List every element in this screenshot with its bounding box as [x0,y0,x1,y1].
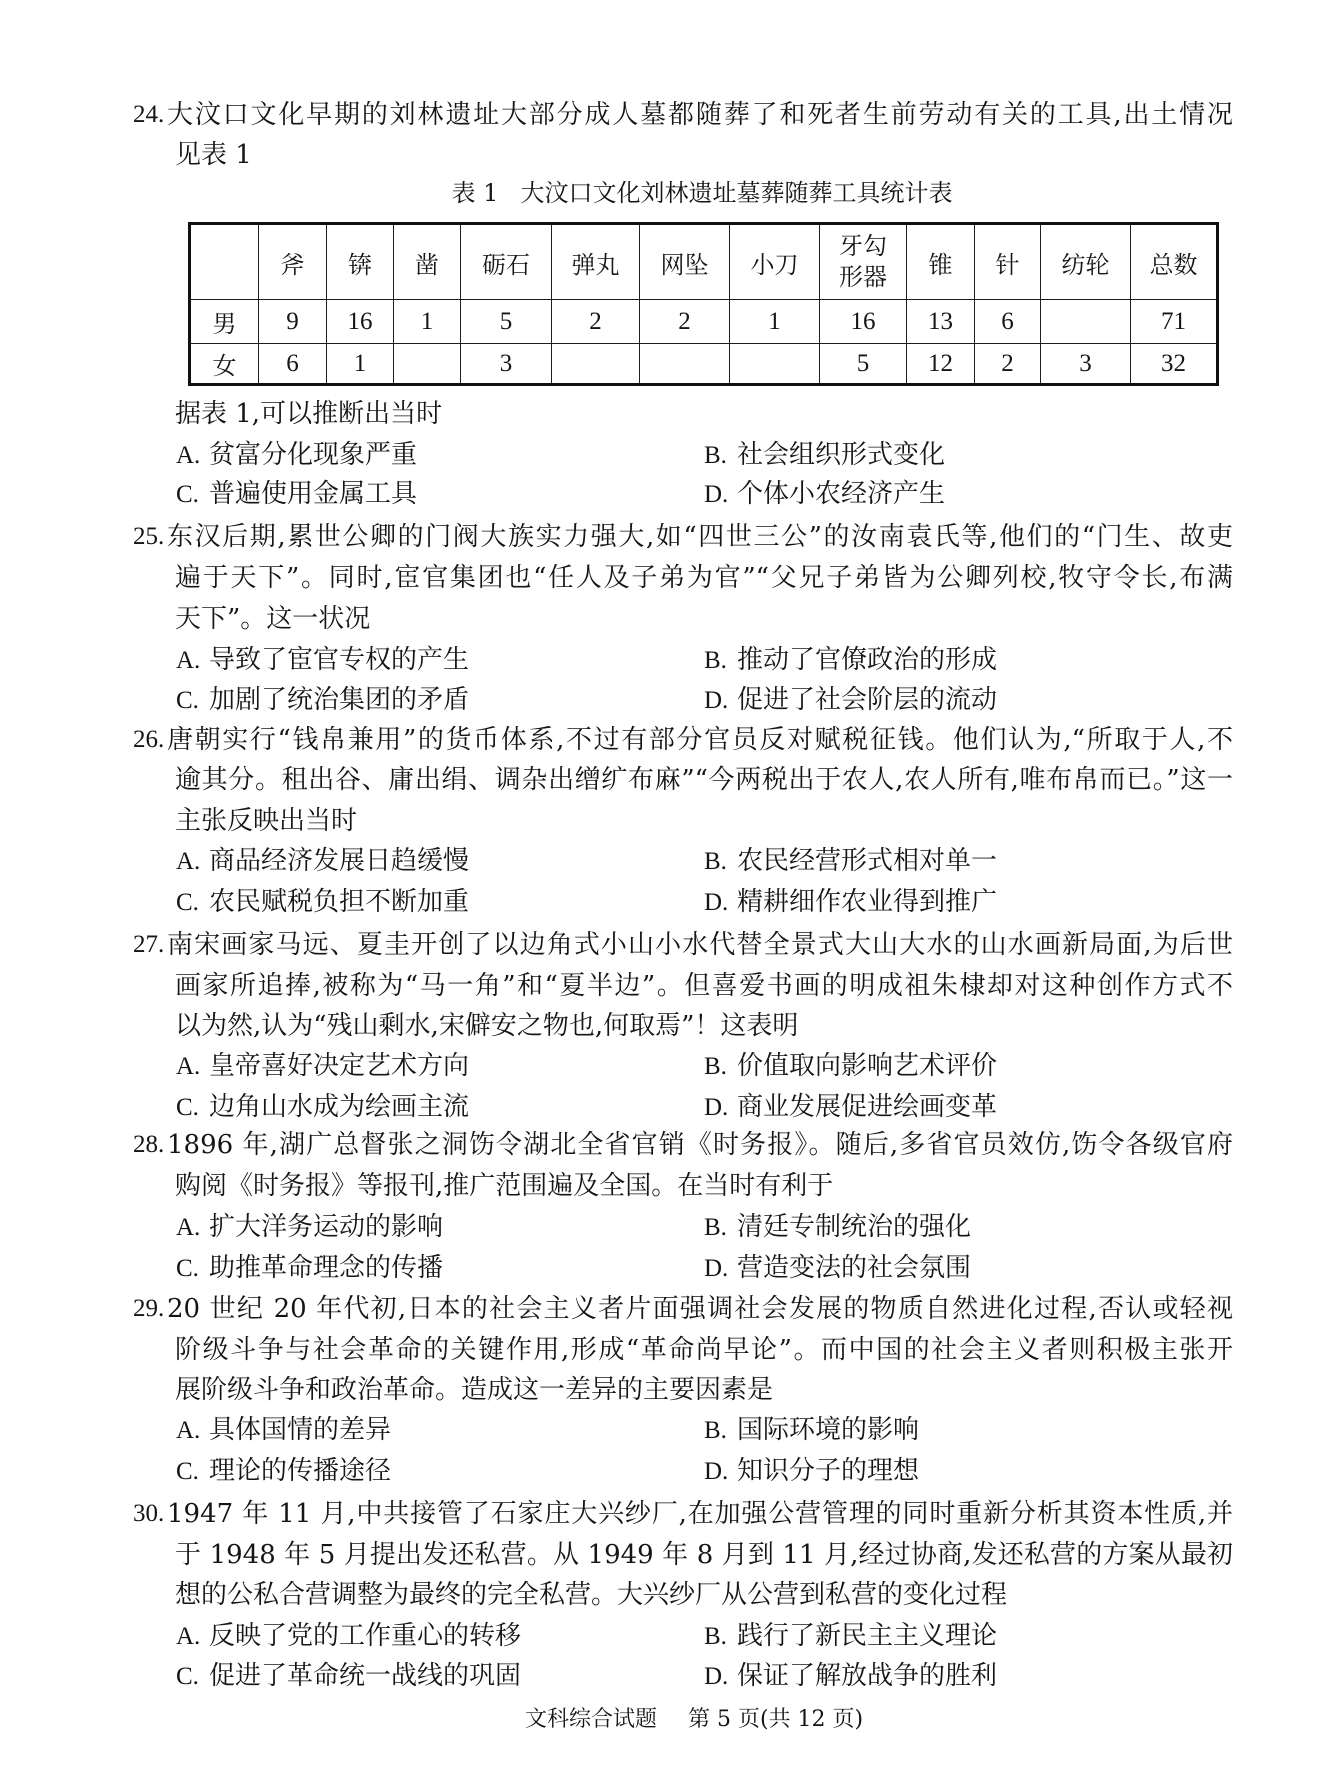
option-label: A. [176,436,209,476]
option-label: C. [176,1657,209,1697]
table-cell [730,344,820,385]
question-25-option-c: C.加剧了统治集团的矛盾 [176,680,469,720]
table-cell: 1 [394,300,461,344]
question-29-option-d: D.知识分子的理想 [704,1451,919,1491]
option-label: D. [704,475,737,515]
table-cell: 5 [461,300,552,344]
table-cell: 2 [640,300,730,344]
option-label: C. [176,1088,209,1128]
question-27-line-1: 27. 南宋画家马远、夏圭开创了以边角式小山小水代替全景式大山大水的山水画新局面… [133,925,1233,965]
question-30-option-a: A.反映了党的工作重心的转移 [176,1616,521,1656]
table-caption-title: 大汶口文化刘林遗址墓葬随葬工具统计表 [520,179,952,207]
option-text: 知识分子的理想 [737,1456,919,1486]
option-text: 国际环境的影响 [737,1415,919,1445]
table-header-cell: 斧 [259,224,327,300]
option-label: D. [704,1452,737,1492]
option-label: A. [176,842,209,882]
table-caption-label: 表 1 [452,179,499,207]
option-text: 加剧了统治集团的矛盾 [209,685,469,715]
option-text: 商品经济发展日趋缓慢 [209,846,469,876]
option-text: 推动了官僚政治的形成 [737,645,997,675]
question-25-option-b: B.推动了官僚政治的形成 [704,640,997,680]
question-28-option-d: D.营造变法的社会氛围 [704,1248,971,1288]
option-label: D. [704,1249,737,1289]
option-text: 营造变法的社会氛围 [737,1253,971,1283]
option-text: 理论的传播途径 [209,1456,391,1486]
question-24-option-c: C.普遍使用金属工具 [176,474,417,514]
question-29-option-b: B.国际环境的影响 [704,1410,919,1450]
option-label: B. [704,1208,737,1248]
option-text: 清廷专制统治的强化 [737,1212,971,1242]
option-label: B. [704,436,737,476]
question-24-line-1: 24. 大汶口文化早期的刘林遗址大部分成人墓都随葬了和死者生前劳动有关的工具,出… [133,95,1233,135]
option-text: 精耕细作农业得到推广 [737,887,997,917]
question-24-option-d: D.个体小农经济产生 [704,474,945,514]
question-24-prompt: 据表 1,可以推断出当时 [175,394,1233,434]
question-28-option-a: A.扩大洋务运动的影响 [176,1207,443,1247]
option-label: A. [176,1047,209,1087]
option-text: 促进了革命统一战线的巩固 [209,1661,521,1691]
question-25-line-1: 25. 东汉后期,累世公卿的门阀大族实力强大,如“四世三公”的汝南袁氏等,他们的… [133,517,1233,557]
table-header-cell: 纺轮 [1041,224,1131,300]
option-label: C. [176,475,209,515]
option-text: 边角山水成为绘画主流 [209,1092,469,1122]
table-header-cell: 锛 [327,224,394,300]
table-header-cell: 锥 [907,224,975,300]
option-text: 反映了党的工作重心的转移 [209,1621,521,1651]
table-cell: 1 [327,344,394,385]
question-24-line-2: 见表 1 [175,135,1233,175]
question-25-option-d: D.促进了社会阶层的流动 [704,680,997,720]
question-26-line-3: 主张反映出当时 [175,801,1233,841]
option-text: 促进了社会阶层的流动 [737,685,997,715]
option-label: C. [176,1452,209,1492]
table-row-female: 女 6 1 3 5 12 2 3 32 [190,344,1218,385]
table-cell [552,344,640,385]
table-cell-total: 71 [1131,300,1218,344]
table-cell [1041,300,1131,344]
question-24-option-b: B.社会组织形式变化 [704,435,945,475]
option-text: 个体小农经济产生 [737,479,945,509]
table-cell: 1 [730,300,820,344]
question-29-line-3: 展阶级斗争和政治革命。造成这一差异的主要因素是 [175,1370,1233,1410]
table-cell: 3 [461,344,552,385]
option-text: 助推革命理念的传播 [209,1253,443,1283]
option-label: D. [704,1088,737,1128]
question-number: 24. [133,95,167,135]
option-label: D. [704,681,737,721]
table-cell-total: 32 [1131,344,1218,385]
question-number: 27. [133,925,167,965]
question-text: 唐朝实行“钱帛兼用”的货币体系,不过有部分官员反对赋税征钱。他们认为,“所取于人… [167,720,1233,760]
option-label: A. [176,641,209,681]
option-label: C. [176,681,209,721]
option-text: 普遍使用金属工具 [209,479,417,509]
question-27-line-3: 以为然,认为“残山剩水,宋僻安之物也,何取焉”！这表明 [175,1006,1233,1046]
question-28-option-b: B.清廷专制统治的强化 [704,1207,971,1247]
option-text: 导致了宦官专权的产生 [209,645,469,675]
question-text: 1947 年 11 月,中共接管了石家庄大兴纱厂,在加强公营管理的同时重新分析其… [167,1494,1233,1534]
question-number: 25. [133,517,167,557]
table-cell: 6 [259,344,327,385]
question-26-option-a: A.商品经济发展日趋缓慢 [176,841,469,881]
table-cell: 16 [327,300,394,344]
question-29-option-a: A.具体国情的差异 [176,1410,391,1450]
table-cell: 12 [907,344,975,385]
question-number: 26. [133,720,167,760]
table-cell: 13 [907,300,975,344]
question-25-option-a: A.导致了宦官专权的产生 [176,640,469,680]
question-29-line-2: 阶级斗争与社会革命的关键作用,形成“革命尚早论”。而中国的社会主义者则积极主张开 [175,1330,1233,1370]
question-text: 20 世纪 20 年代初,日本的社会主义者片面强调社会发展的物质自然进化过程,否… [167,1289,1233,1329]
question-28-option-c: C.助推革命理念的传播 [176,1248,443,1288]
question-27-option-c: C.边角山水成为绘画主流 [176,1087,469,1127]
table-cell [640,344,730,385]
table-cell: 3 [1041,344,1131,385]
table-header-cell: 总数 [1131,224,1218,300]
question-text: 东汉后期,累世公卿的门阀大族实力强大,如“四世三公”的汝南袁氏等,他们的“门生、… [167,517,1233,557]
option-text: 社会组织形式变化 [737,440,945,470]
option-text: 贫富分化现象严重 [209,440,417,470]
option-text: 践行了新民主主义理论 [737,1621,997,1651]
question-number: 29. [133,1289,167,1329]
question-26-line-2: 逾其分。租出谷、庸出绢、调杂出缯纩布麻”“今两税出于农人,农人所有,唯布帛而已。… [175,760,1233,800]
table-header-cell: 网坠 [640,224,730,300]
option-label: C. [176,1249,209,1289]
question-30-line-1: 30. 1947 年 11 月,中共接管了石家庄大兴纱厂,在加强公营管理的同时重… [133,1494,1233,1534]
option-label: C. [176,883,209,923]
table-row-male: 男 9 16 1 5 2 2 1 16 13 6 71 [190,300,1218,344]
question-28-line-2: 购阅《时务报》等报刊,推广范围遍及全国。在当时有利于 [175,1166,1233,1206]
option-label: D. [704,1657,737,1697]
question-29-line-1: 29. 20 世纪 20 年代初,日本的社会主义者片面强调社会发展的物质自然进化… [133,1289,1233,1329]
table-caption: 表 1大汶口文化刘林遗址墓葬随葬工具统计表 [188,176,1216,210]
table-cell [394,344,461,385]
table-header-cell: 砺石 [461,224,552,300]
option-text: 农民赋税负担不断加重 [209,887,469,917]
question-27-option-a: A.皇帝喜好决定艺术方向 [176,1046,469,1086]
option-text: 扩大洋务运动的影响 [209,1212,443,1242]
question-30-option-d: D.保证了解放战争的胜利 [704,1656,997,1696]
table-header-cell [190,224,259,300]
question-25-line-2: 遍于天下”。同时,宦官集团也“任人及子弟为官”“父兄子弟皆为公卿列校,牧守令长,… [175,558,1233,598]
question-text: 大汶口文化早期的刘林遗址大部分成人墓都随葬了和死者生前劳动有关的工具,出土情况 [167,95,1233,135]
question-text: 南宋画家马远、夏圭开创了以边角式小山小水代替全景式大山大水的山水画新局面,为后世 [167,925,1233,965]
question-30-option-c: C.促进了革命统一战线的巩固 [176,1656,521,1696]
question-29-option-c: C.理论的传播途径 [176,1451,391,1491]
table-header-cell: 针 [975,224,1041,300]
footer-page-number: 第 5 页(共 12 页) [688,1703,863,1737]
question-number: 30. [133,1494,167,1534]
option-label: A. [176,1617,209,1657]
table-header-cell: 牙勾 形器 [820,224,907,300]
question-30-line-2: 于 1948 年 5 月提出发还私营。从 1949 年 8 月到 11 月,经过… [175,1535,1233,1575]
burial-tools-table: 斧 锛 凿 砺石 弹丸 网坠 小刀 牙勾 形器 锥 针 纺轮 总数 男 9 16… [188,222,1219,386]
option-text: 价值取向影响艺术评价 [737,1051,997,1081]
option-text: 具体国情的差异 [209,1415,391,1445]
table-cell: 9 [259,300,327,344]
option-label: B. [704,1617,737,1657]
table-cell: 2 [552,300,640,344]
option-text: 保证了解放战争的胜利 [737,1661,997,1691]
question-26-option-d: D.精耕细作农业得到推广 [704,882,997,922]
question-25-line-3: 天下”。这一状况 [175,599,1233,639]
option-label: B. [704,842,737,882]
table-cell: 6 [975,300,1041,344]
table-cell: 2 [975,344,1041,385]
question-30-line-3: 想的公私合营调整为最终的完全私营。大兴纱厂从公营到私营的变化过程 [175,1575,1233,1615]
question-30-option-b: B.践行了新民主主义理论 [704,1616,997,1656]
question-24-option-a: A.贫富分化现象严重 [176,435,417,475]
row-label: 男 [190,300,259,344]
option-text: 商业发展促进绘画变革 [737,1092,997,1122]
question-27-option-b: B.价值取向影响艺术评价 [704,1046,997,1086]
option-label: D. [704,883,737,923]
option-label: A. [176,1411,209,1451]
option-label: A. [176,1208,209,1248]
table-header-cell: 小刀 [730,224,820,300]
option-label: B. [704,1411,737,1451]
table-header-cell: 弹丸 [552,224,640,300]
row-label: 女 [190,344,259,385]
question-28-line-1: 28. 1896 年,湖广总督张之洞饬令湖北全省官销《时务报》。随后,多省官员效… [133,1125,1233,1165]
table-header-cell: 凿 [394,224,461,300]
footer-subject: 文科综合试题 [525,1703,657,1737]
option-text: 农民经营形式相对单一 [737,846,997,876]
table-cell: 5 [820,344,907,385]
question-27-line-2: 画家所追捧,被称为“马一角”和“夏半边”。但喜爱书画的明成祖朱棣却对这种创作方式… [175,966,1233,1006]
table-header-row: 斧 锛 凿 砺石 弹丸 网坠 小刀 牙勾 形器 锥 针 纺轮 总数 [190,224,1218,300]
table-cell: 16 [820,300,907,344]
option-label: B. [704,641,737,681]
question-26-option-c: C.农民赋税负担不断加重 [176,882,469,922]
question-text: 1896 年,湖广总督张之洞饬令湖北全省官销《时务报》。随后,多省官员效仿,饬令… [167,1125,1233,1165]
question-number: 28. [133,1125,167,1165]
option-text: 皇帝喜好决定艺术方向 [209,1051,469,1081]
question-27-option-d: D.商业发展促进绘画变革 [704,1087,997,1127]
question-26-option-b: B.农民经营形式相对单一 [704,841,997,881]
option-label: B. [704,1047,737,1087]
question-26-line-1: 26. 唐朝实行“钱帛兼用”的货币体系,不过有部分官员反对赋税征钱。他们认为,“… [133,720,1233,760]
